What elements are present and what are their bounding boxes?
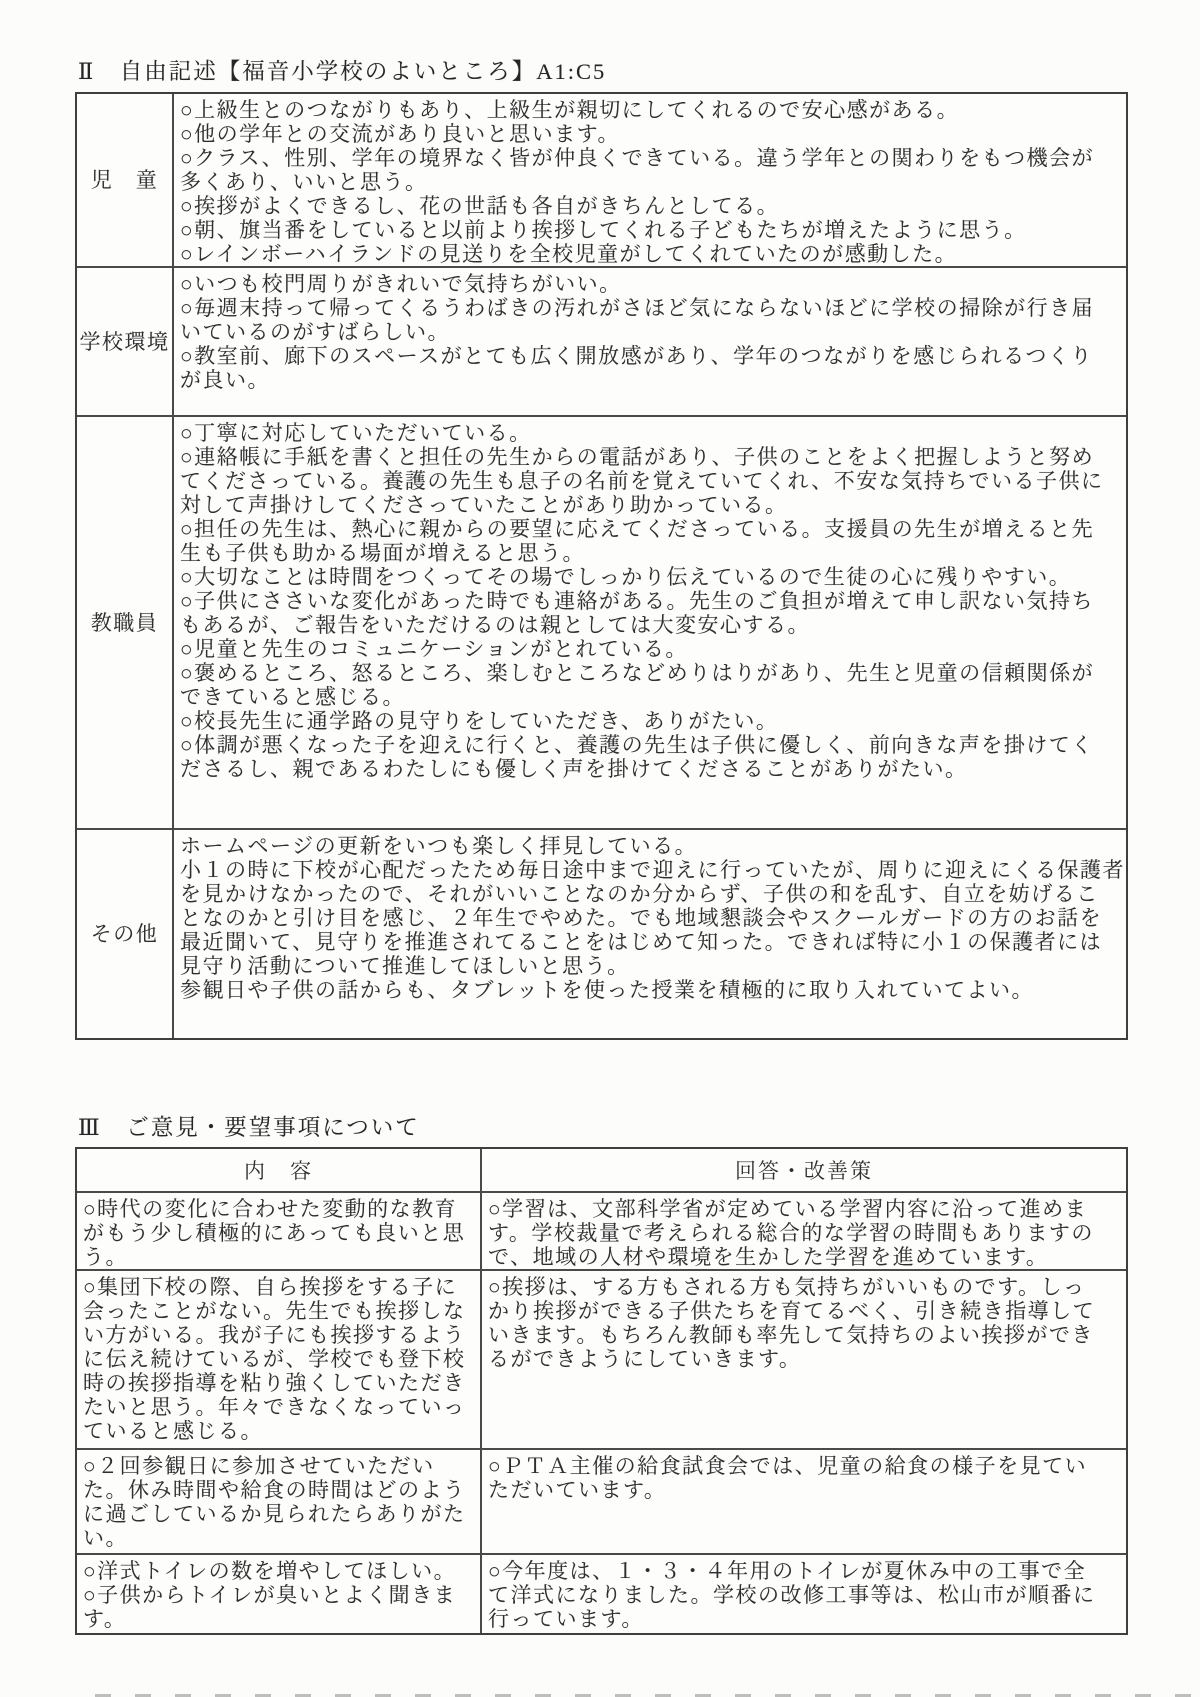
free-description-table: 児 童 ○上級生とのつながりもあり、上級生が親切にしてくれるので安心感がある。 … xyxy=(75,92,1128,1040)
opinion-row-3-content: ○２回参観日に参加させていただい た。休み時間や給食の時間はどのよう に過ごして… xyxy=(77,1450,482,1555)
column-header-content: 内 容 xyxy=(77,1149,482,1193)
opinion-row-2-response: ○挨拶は、する方もされる方も気持ちがいいものです。しっ かり挨拶ができる子供たち… xyxy=(482,1271,1126,1450)
cell-teaching-staff-comments: ○丁寧に対応していただいている。 ○連絡帳に手紙を書くと担任の先生からの電話があ… xyxy=(174,417,1126,830)
column-header-response: 回答・改善策 xyxy=(482,1149,1126,1193)
cell-school-environment-comments: ○いつも校門周りがきれいで気持ちがいい。 ○毎週末持って帰ってくるうわばきの汚れ… xyxy=(174,268,1126,417)
row-label-teaching-staff: 教職員 xyxy=(77,417,174,830)
opinion-row-3-response: ○ＰＴＡ主催の給食試食会では、児童の給食の様子を見てい ただいています。 xyxy=(482,1450,1126,1555)
opinion-row-1-response: ○学習は、文部科学省が定めている学習内容に沿って進めま す。学校裁量で考えられる… xyxy=(482,1193,1126,1271)
section-iii-heading: Ⅲ ご意見・要望事項について xyxy=(78,1110,420,1142)
opinion-row-1-content: ○時代の変化に合わせた変動的な教育 がもう少し積極的にあっても良いと思 う。 xyxy=(77,1193,482,1271)
opinion-row-2-content: ○集団下校の際、自ら挨拶をする子に 会ったことがない。先生でも挨拶しな い方がい… xyxy=(77,1271,482,1450)
opinion-row-4-response: ○今年度は、１・３・４年用のトイレが夏休み中の工事で全 て洋式になりました。学校… xyxy=(482,1555,1126,1633)
scanned-survey-page: Ⅱ 自由記述【福音小学校のよいところ】A1:C5 児 童 ○上級生とのつながりも… xyxy=(0,0,1200,1697)
opinion-row-4-content: ○洋式トイレの数を増やしてほしい。 ○子供からトイレが臭いとよく聞きま す。 xyxy=(77,1555,482,1633)
row-label-other: その他 xyxy=(77,830,174,1038)
cell-other-comments: ホームページの更新をいつも楽しく拝見している。 小１の時に下校が心配だったため毎… xyxy=(174,830,1126,1038)
row-label-school-environment: 学校環境 xyxy=(77,268,174,417)
row-label-children: 児 童 xyxy=(77,94,174,268)
section-ii-heading: Ⅱ 自由記述【福音小学校のよいところ】A1:C5 xyxy=(78,54,606,86)
cell-children-comments: ○上級生とのつながりもあり、上級生が親切にしてくれるので安心感がある。 ○他の学… xyxy=(174,94,1126,268)
opinions-table: 内 容 回答・改善策 ○時代の変化に合わせた変動的な教育 がもう少し積極的にあっ… xyxy=(75,1147,1128,1635)
